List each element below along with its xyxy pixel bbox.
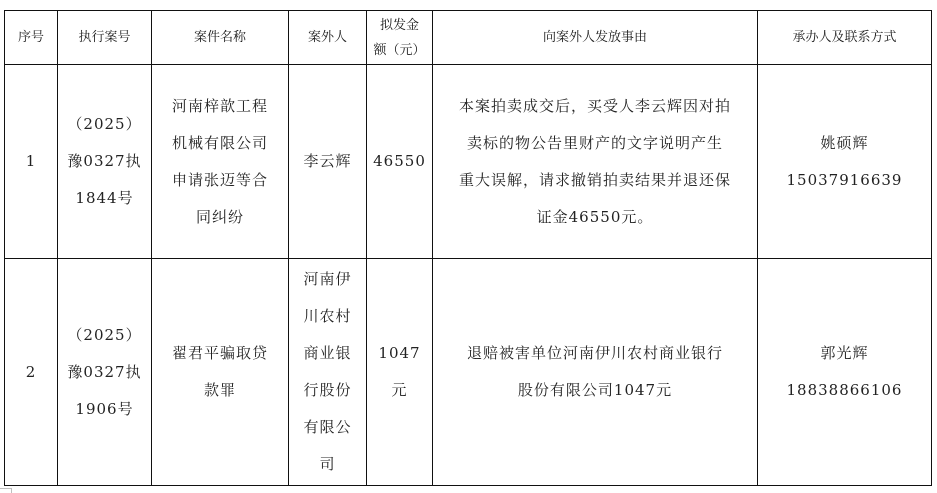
handler-phone: 18838866106: [764, 372, 925, 409]
header-case-name: 案件名称: [152, 11, 289, 65]
header-handler: 承办人及联系方式: [758, 11, 932, 65]
case-name-line: 同纠纷: [158, 199, 282, 236]
reason-line: 重大误解，请求撤销拍卖结果并退还保: [439, 162, 751, 199]
header-amount: 拟发金 额（元）: [367, 11, 433, 65]
cell-reason: 退赔被害单位河南伊川农村商业银行 股份有限公司1047元: [433, 259, 758, 486]
case-name-line: 款罪: [158, 372, 282, 409]
case-number-line: （2025）: [64, 106, 145, 143]
reason-line: 卖标的物公告里财产的文字说明产生: [439, 125, 751, 162]
outsider-line: 李云辉: [295, 143, 360, 180]
cell-index: 2: [5, 259, 58, 486]
amount-line: 46550: [373, 143, 426, 180]
case-number-line: 豫0327执: [64, 354, 145, 391]
case-name-line: 翟君平骗取贷: [158, 335, 282, 372]
cell-case-name: 河南梓歆工程 机械有限公司 申请张迈等合 同纠纷: [152, 65, 289, 259]
header-amount-line2: 额（元）: [373, 38, 426, 63]
cell-outsider: 河南伊 川农村 商业银 行股份 有限公 司: [289, 259, 367, 486]
header-outsider: 案外人: [289, 11, 367, 65]
cell-reason: 本案拍卖成交后，买受人李云辉因对拍 卖标的物公告里财产的文字说明产生 重大误解，…: [433, 65, 758, 259]
case-number-line: （2025）: [64, 317, 145, 354]
outsider-line: 司: [295, 446, 360, 483]
outsider-line: 行股份: [295, 372, 360, 409]
table-row: 1 （2025） 豫0327执 1844号 河南梓歆工程 机械有限公司 申请张迈…: [5, 65, 932, 259]
table-row: 2 （2025） 豫0327执 1906号 翟君平骗取贷 款罪 河南伊 川农村 …: [5, 259, 932, 486]
reason-line: 本案拍卖成交后，买受人李云辉因对拍: [439, 88, 751, 125]
reason-line: 股份有限公司1047元: [439, 372, 751, 409]
handler-name: 郭光辉: [764, 335, 925, 372]
outsider-line: 有限公: [295, 409, 360, 446]
case-number-line: 1844号: [64, 180, 145, 217]
cell-amount: 1047 元: [367, 259, 433, 486]
case-name-line: 申请张迈等合: [158, 162, 282, 199]
case-name-line: 机械有限公司: [158, 125, 282, 162]
cell-index: 1: [5, 65, 58, 259]
header-reason: 向案外人发放事由: [433, 11, 758, 65]
outsider-line: 河南伊: [295, 261, 360, 298]
cell-case-name: 翟君平骗取贷 款罪: [152, 259, 289, 486]
reason-line: 退赔被害单位河南伊川农村商业银行: [439, 335, 751, 372]
cell-amount: 46550: [367, 65, 433, 259]
amount-line: 元: [373, 372, 426, 409]
handler-phone: 15037916639: [764, 162, 925, 199]
cell-handler: 姚硕辉 15037916639: [758, 65, 932, 259]
cell-case-number: （2025） 豫0327执 1906号: [58, 259, 152, 486]
cell-case-number: （2025） 豫0327执 1844号: [58, 65, 152, 259]
case-name-line: 河南梓歆工程: [158, 88, 282, 125]
cell-outsider: 李云辉: [289, 65, 367, 259]
header-amount-line1: 拟发金: [373, 13, 426, 38]
case-number-line: 豫0327执: [64, 143, 145, 180]
amount-line: 1047: [373, 335, 426, 372]
outsider-line: 商业银: [295, 335, 360, 372]
reason-line: 证金46550元。: [439, 199, 751, 236]
cell-handler: 郭光辉 18838866106: [758, 259, 932, 486]
header-index: 序号: [5, 11, 58, 65]
case-disbursement-table: 序号 执行案号 案件名称 案外人 拟发金 额（元） 向案外人发放事由 承办人及联…: [4, 10, 932, 486]
handler-name: 姚硕辉: [764, 125, 925, 162]
case-number-line: 1906号: [64, 391, 145, 428]
page-corner-mark: [0, 488, 12, 493]
outsider-line: 川农村: [295, 298, 360, 335]
header-case-number: 执行案号: [58, 11, 152, 65]
header-row: 序号 执行案号 案件名称 案外人 拟发金 额（元） 向案外人发放事由 承办人及联…: [5, 11, 932, 65]
